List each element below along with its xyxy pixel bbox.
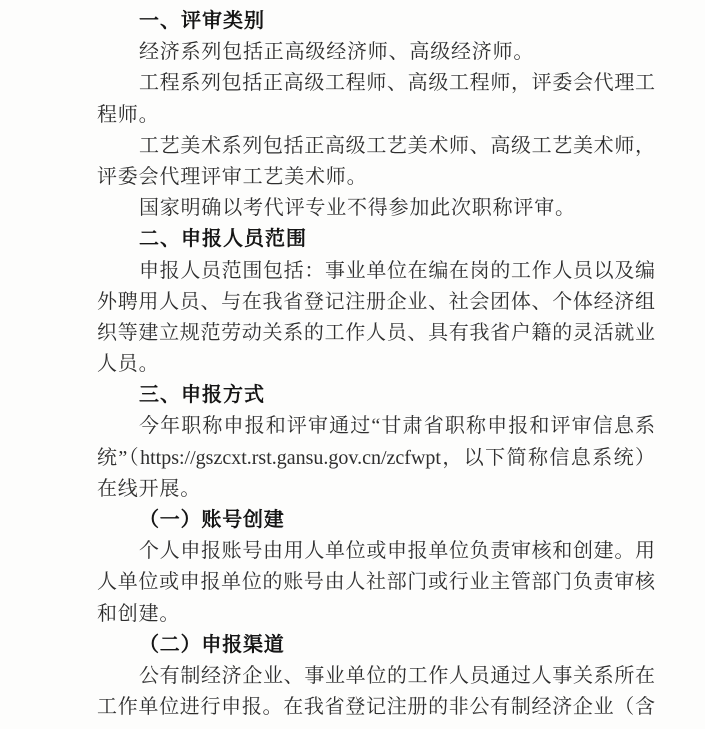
doc-line: 公有制经济企业、事业单位的工作人员通过人事关系所在 — [97, 661, 655, 692]
section-heading-review-categories: 一、评审类别 — [97, 6, 655, 37]
subsection-heading-application-channel: （二）申报渠道 — [97, 630, 655, 661]
doc-line: 国家明确以考代评专业不得参加此次职称评审。 — [97, 193, 655, 224]
subsection-heading-account-creation: （一）账号创建 — [97, 505, 655, 536]
doc-line: 评委会代理评审工艺美术师。 — [97, 162, 655, 193]
doc-line: 程师。 — [97, 100, 655, 131]
doc-line: 个人申报账号由用人单位或申报单位负责审核和创建。用 — [97, 536, 655, 567]
doc-line: 外聘用人员、与在我省登记注册企业、社会团体、个体经济组 — [97, 287, 655, 318]
doc-line: 经济系列包括正高级经济师、高级经济师。 — [97, 37, 655, 68]
doc-line: 和创建。 — [97, 599, 655, 630]
doc-line-with-url: 统”（https://gszcxt.rst.gansu.gov.cn/zcfwp… — [97, 443, 655, 474]
doc-line: 工艺美术系列包括正高级工艺美术师、高级工艺美术师， — [97, 131, 655, 162]
document-page: 一、评审类别 经济系列包括正高级经济师、高级经济师。 工程系列包括正高级工程师、… — [0, 0, 705, 729]
doc-line: 工作单位进行申报。在我省登记注册的非公有制经济企业（含 — [97, 692, 655, 723]
doc-line: 人员。 — [97, 349, 655, 380]
doc-line: 申报人员范围包括：事业单位在编在岗的工作人员以及编 — [97, 256, 655, 287]
section-heading-application-method: 三、申报方式 — [97, 380, 655, 411]
doc-line: 人单位或申报单位的账号由人社部门或行业主管部门负责审核 — [97, 567, 655, 598]
section-heading-applicant-scope: 二、申报人员范围 — [97, 224, 655, 255]
doc-line: 工程系列包括正高级工程师、高级工程师，评委会代理工 — [97, 68, 655, 99]
doc-line: 织等建立规范劳动关系的工作人员、具有我省户籍的灵活就业 — [97, 318, 655, 349]
doc-line: 今年职称申报和评审通过“甘肃省职称申报和评审信息系 — [97, 411, 655, 442]
doc-line: 在线开展。 — [97, 474, 655, 505]
